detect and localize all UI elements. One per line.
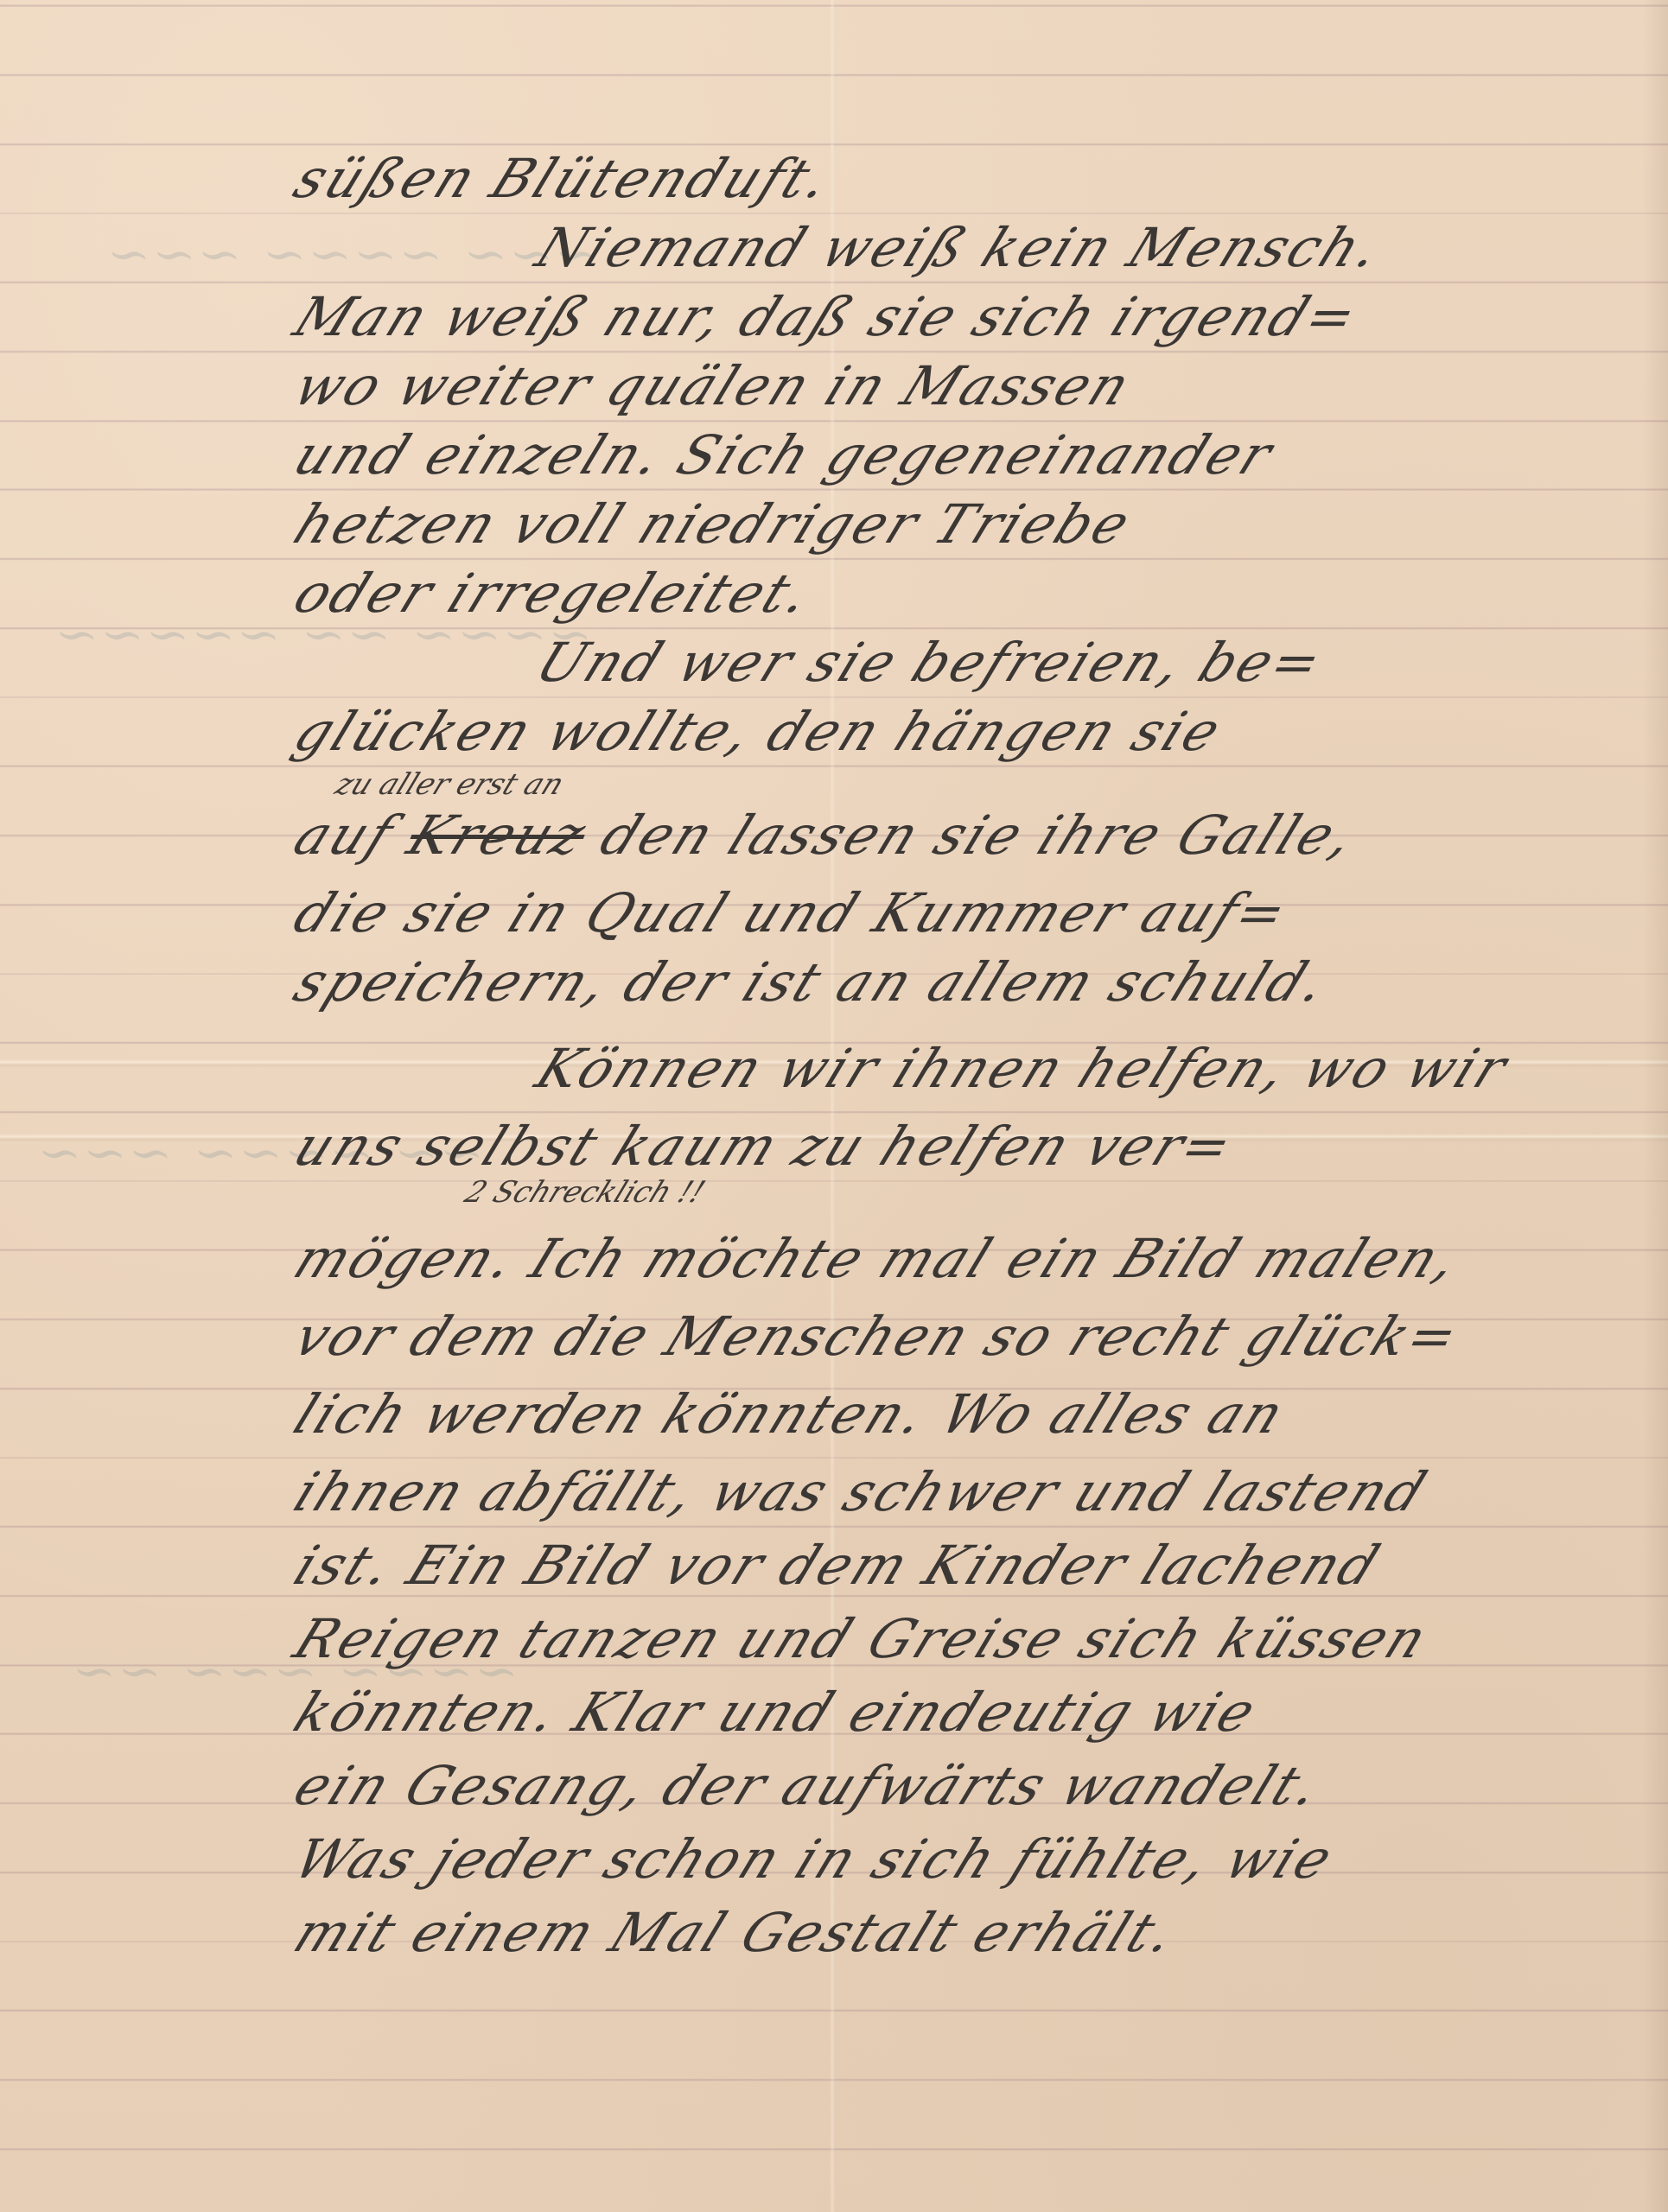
struck-word: Kreuz (399, 804, 598, 867)
letter-line: oder irregeleitet. (285, 562, 822, 625)
letter-line: lich werden könnten. Wo alles an (285, 1382, 1296, 1446)
letter-line: Niemand weiß kein Mensch. (527, 216, 1392, 279)
letter-line: mögen. Ich möchte mal ein Bild malen, (285, 1227, 1470, 1290)
letter-line: die sie in Qual und Kummer auf= (285, 881, 1299, 944)
letter-line: könnten. Klar und eindeutig wie (285, 1681, 1267, 1744)
letter-line: Was jeder schon in sich fühlte, wie (285, 1827, 1344, 1891)
letter-line-with-strikethrough: auf Kreuz den lassen sie ihre Galle, (285, 804, 1366, 867)
letter-line: vor dem die Menschen so recht glück= (285, 1305, 1470, 1368)
page-edge-shadow (1642, 0, 1668, 2212)
letter-line: Können wir ihnen helfen, wo wir (527, 1037, 1518, 1100)
line-text-after: den lassen sie ihre Galle, (572, 804, 1366, 867)
interlinear-insertion: 2 Schrecklich !! (460, 1175, 710, 1210)
letter-line: Man weiß nur, daß sie sich irgend= (285, 285, 1369, 348)
letter-line: speichern, der ist an allem schuld. (285, 950, 1339, 1014)
letter-line: Und wer sie befreien, be= (527, 631, 1334, 694)
letter-line: glücken wollte, den hängen sie (285, 700, 1232, 763)
interlinear-insertion: zu aller erst an (330, 767, 569, 802)
letter-line: ist. Ein Bild vor dem Kinder lachend (285, 1534, 1391, 1597)
letter-line: mit einem Mal Gestalt erhält. (285, 1901, 1187, 1964)
letter-line: Reigen tanzen und Greise sich küssen (285, 1607, 1438, 1670)
letter-line: uns selbst kaum zu helfen ver= (285, 1115, 1245, 1178)
letter-line: ein Gesang, der aufwärts wandelt. (285, 1754, 1332, 1817)
letter-line: und einzeln. Sich gegeneinander (285, 423, 1283, 486)
letter-line: ihnen abfällt, was schwer und lastend (285, 1460, 1437, 1523)
letter-line: wo weiter quälen in Massen (285, 354, 1142, 417)
letter-line: süßen Blütenduft. (285, 147, 842, 210)
letter-line: hetzen voll niedriger Triebe (285, 493, 1142, 556)
